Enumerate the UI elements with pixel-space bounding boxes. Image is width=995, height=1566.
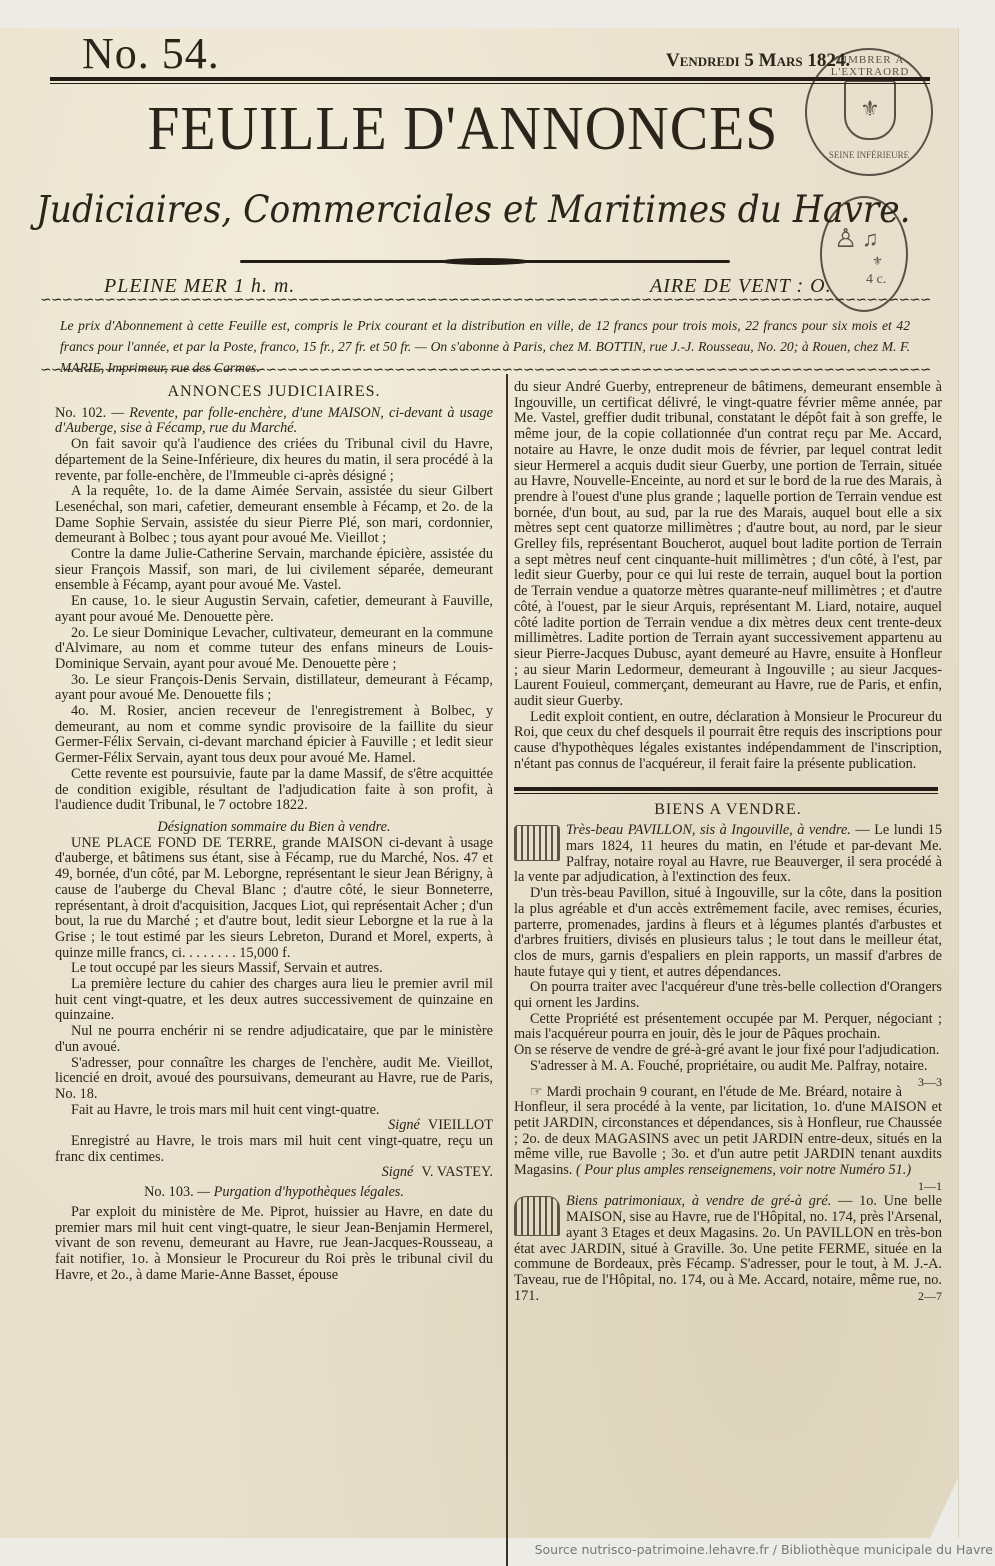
announcement-title-text: — Purgation d'hypothèques légales. [197, 1184, 404, 1200]
high-tide-info: PLEINE MER 1 h. m. [104, 275, 295, 298]
contact-text: S'adresser à M. A. Fouché, propriétaire,… [530, 1058, 927, 1074]
paragraph: Cette revente est poursuivie, faute par … [55, 767, 493, 814]
paragraph: D'un très-beau Pavillon, situé à Ingouvi… [514, 886, 942, 980]
registration-paragraph: Enregistré au Havre, le trois mars mil h… [55, 1134, 493, 1165]
insertion-ref: 3—3 [902, 1075, 942, 1091]
signature-vieillot: SignéVIEILLOT [55, 1118, 493, 1134]
newspaper-title: FEUILLE D'ANNONCES [128, 94, 798, 165]
designation-paragraph: UNE PLACE FOND DE TERRE, grande MAISON c… [55, 836, 493, 962]
paragraph: Par exploit du ministère de Me. Piprot, … [55, 1205, 493, 1284]
insertion-ref: 1—1 [902, 1179, 942, 1195]
paragraph: 3o. Le sieur François-Denis Servain, dis… [55, 673, 493, 704]
paragraph: Ledit exploit contient, en outre, déclar… [514, 710, 942, 773]
pavilion-vignette-icon [514, 825, 560, 861]
paragraph: S'adresser à M. A. Fouché, propriétaire,… [514, 1059, 942, 1075]
stamp-text-top: TIMBRER À L'EXTRAORD [815, 54, 925, 78]
source-attribution: Source nutrisco-patrimoine.lehavre.fr / … [535, 1542, 993, 1557]
paragraph: 4o. M. Rosier, ancien receveur de l'enre… [55, 704, 493, 767]
paragraph: Contre la dame Julie-Catherine Servain, … [55, 547, 493, 594]
pointing-hand-icon: ☞ [530, 1085, 543, 1100]
house-vignette-icon [514, 1196, 560, 1236]
insertion-ref: 2—7 [918, 1289, 942, 1305]
signed-label: Signé [382, 1164, 414, 1180]
paragraph: A la requête, 1o. de la dame Aimée Serva… [55, 484, 493, 547]
ornamental-rule [240, 260, 730, 263]
stamp-price: 4 c. [866, 272, 886, 288]
announcement-102-title: No. 102. — Revente, par folle-enchère, d… [55, 406, 493, 437]
announcement-title-text: — Revente, par folle-enchère, d'une MAIS… [55, 405, 493, 437]
patrimoniaux-announcement: Biens patrimoniaux, à vendre de gré-à gr… [514, 1194, 942, 1304]
masthead-rule [50, 77, 930, 81]
patrimoniaux-text: — 1o. Une belle MAISON, sise au Havre, r… [514, 1193, 942, 1303]
paragraph: 2o. Le sieur Dominique Levacher, cultiva… [55, 626, 493, 673]
paragraph: S'adresser, pour connaître les charges d… [55, 1056, 493, 1103]
section-heading-property: BIENS A VENDRE. [514, 802, 942, 818]
wavy-rule-top: ∽∽∽∽∽∽∽∽∽∽∽∽∽∽∽∽∽∽∽∽∽∽∽∽∽∽∽∽∽∽∽∽∽∽∽∽∽∽∽∽… [40, 296, 930, 306]
newspaper-page: No. 54. Vendredi 5 Mars 1824. TIMBRER À … [0, 28, 958, 1538]
paragraph: Fait au Havre, le trois mars mil huit ce… [55, 1103, 493, 1119]
signer-name: VIEILLOT [428, 1117, 493, 1133]
paragraph: On se réserve de vendre de gré-à-gré ava… [514, 1043, 942, 1059]
paragraph: Cette Propriété est présentement occupée… [514, 1012, 942, 1043]
royal-stamp-seal: ♙ ♫ ⚜ 4 c. [820, 196, 908, 312]
stamp-text-bottom: SEINE INFÉRIEURE [821, 150, 917, 160]
signer-name: V. VASTEY. [421, 1164, 493, 1180]
designation-heading: Désignation sommaire du Bien à vendre. [55, 820, 493, 836]
patrimoniaux-title: Biens patrimoniaux, à vendre de gré-à gr… [566, 1193, 831, 1209]
signed-label: Signé [388, 1117, 420, 1133]
section-heading-judicial: ANNONCES JUDICIAIRES. [55, 384, 493, 400]
pavillon-announcement: Très-beau PAVILLON, sis à Ingouville, à … [514, 823, 942, 886]
paragraph: On fait savoir qu'à l'audience des criée… [55, 437, 493, 484]
masthead-rule-thin [50, 83, 930, 84]
announcement-number: No. 102. [55, 405, 106, 421]
wind-direction-info: AIRE DE VENT : O. [650, 275, 832, 298]
announcement-number: No. 103. [144, 1184, 194, 1200]
newspaper-subtitle: Judiciaires, Commerciales et Maritimes d… [36, 188, 854, 231]
figure-icon: ♙ [834, 224, 857, 254]
fleur-de-lis-shield-icon: ⚜ [844, 80, 896, 140]
column-right: du sieur André Guerby, entrepreneur de b… [514, 380, 942, 1304]
honfleur-announcement: ☞Mardi prochain 9 courant, en l'étude de… [514, 1085, 942, 1179]
paragraph-continued: du sieur André Guerby, entrepreneur de b… [514, 380, 942, 710]
lyre-icon: ♫ [862, 226, 879, 252]
column-left: ANNONCES JUDICIAIRES. No. 102. — Revente… [55, 380, 493, 1283]
paragraph: On pourra traiter avec l'acquéreur d'une… [514, 980, 942, 1011]
wavy-rule-bottom: ∽∽∽∽∽∽∽∽∽∽∽∽∽∽∽∽∽∽∽∽∽∽∽∽∽∽∽∽∽∽∽∽∽∽∽∽∽∽∽∽… [40, 366, 930, 376]
signature-vastey: SignéV. VASTEY. [55, 1165, 493, 1181]
paragraph: La première lecture du cahier des charge… [55, 977, 493, 1024]
honfleur-note: ( Pour plus amples renseignemens, voir n… [576, 1162, 911, 1178]
paragraph: En cause, 1o. le sieur Augustin Servain,… [55, 594, 493, 625]
column-divider [506, 374, 508, 1566]
issue-number: No. 54. [82, 28, 220, 79]
fleur-de-lis-icon: ⚜ [872, 254, 883, 269]
section-rule [514, 787, 938, 791]
section-rule-thin [514, 793, 938, 794]
paragraph: Le tout occupé par les sieurs Massif, Se… [55, 961, 493, 977]
tax-stamp-seal: TIMBRER À L'EXTRAORD ⚜ SEINE INFÉRIEURE [805, 48, 933, 176]
pavillon-title: Très-beau PAVILLON, sis à Ingouville, à … [566, 822, 851, 838]
announcement-103-title: No. 103. — Purgation d'hypothèques légal… [55, 1185, 493, 1201]
paragraph: Nul ne pourra enchérir ni se rendre adju… [55, 1024, 493, 1055]
